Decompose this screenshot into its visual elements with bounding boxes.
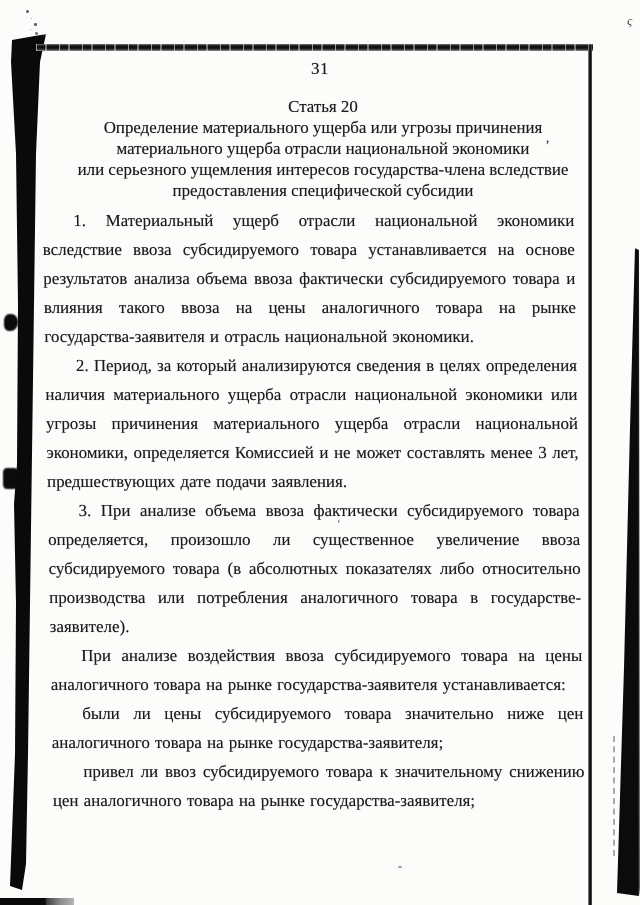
paragraph-6-list-item: привел ли ввоз субсидируемого товара к з… bbox=[52, 757, 585, 815]
paragraph-1: 1. Материальный ущерб отрасли национальн… bbox=[42, 206, 577, 351]
paragraph-4: При анализе воздействия ввоза субсидируе… bbox=[50, 641, 583, 699]
scan-shadow-bump bbox=[3, 468, 18, 489]
scan-shadow-bump bbox=[4, 314, 18, 331]
article-label: Статья 20 bbox=[45, 96, 601, 117]
scan-binding-shadow-left bbox=[6, 34, 50, 894]
scanned-document-page: ς ‚ ʻ 31 Статья 20 Определение материаль… bbox=[0, 0, 640, 905]
scan-dashed-line bbox=[613, 736, 615, 856]
page-frame-top-border bbox=[36, 44, 593, 51]
article-title-line: предоставления специфической субсидии bbox=[45, 180, 601, 201]
article-heading: Статья 20 Определение материального ущер… bbox=[45, 96, 601, 201]
paragraph-3: 3. При анализе объема ввоза фактически с… bbox=[47, 496, 582, 641]
scan-edge-shadow-right bbox=[614, 248, 640, 898]
scan-bottom-edge-bar bbox=[0, 898, 74, 905]
article-title-line: материального ущерба отрасли национально… bbox=[45, 138, 601, 159]
paragraph-5-list-item: были ли цены субсидируемого товара значи… bbox=[51, 699, 584, 757]
stray-mark-top-right: ς bbox=[627, 13, 632, 29]
scan-speckles bbox=[26, 10, 29, 13]
scan-speck bbox=[398, 866, 402, 868]
paragraph-2: 2. Период, за который анализируются свед… bbox=[45, 351, 580, 496]
article-title-line: Определение материального ущерба или угр… bbox=[45, 117, 601, 138]
page-number: 31 bbox=[40, 59, 600, 79]
article-title-line: или серьезного ущемления интересов госуд… bbox=[45, 159, 601, 180]
article-body: 1. Материальный ущерб отрасли национальн… bbox=[42, 206, 585, 815]
